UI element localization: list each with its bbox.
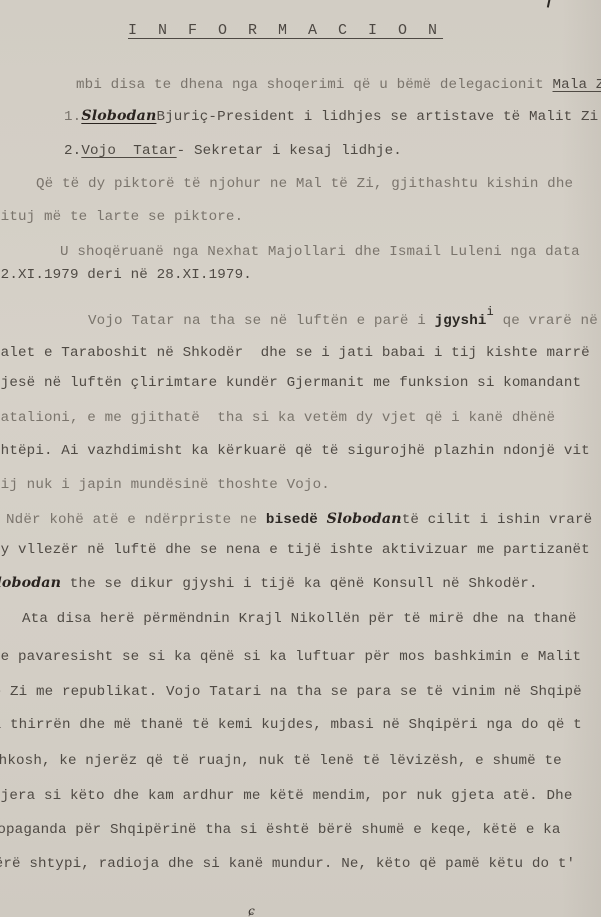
text-line-13: tij nuk i japin mundësinë thoshte Vojo.: [0, 476, 330, 494]
text-line-20: na thirrën dhe më thanë të kemi kujdes, …: [0, 716, 582, 734]
pen-mark-corner: [547, 0, 555, 8]
handwritten-name-slobodan: Slobodan: [0, 575, 61, 591]
line-text-tail: të cilit i ishin vrarë: [402, 512, 593, 528]
document-title: I N F O R M A C I O N: [128, 22, 443, 39]
list-number: 2.: [64, 143, 81, 159]
underlined-text-mala-zez: Mala Zez: [553, 77, 601, 93]
line-text-tail: qe vrarë në: [494, 313, 598, 329]
text-line-9: malet e Taraboshit në Shkodër dhe se i j…: [0, 344, 590, 362]
line-text: - Sekretar i kesaj lidhje.: [177, 143, 402, 159]
text-line-5: tituj më te larte se piktore.: [0, 208, 243, 226]
typewritten-document-page: I N F O R M A C I O N mbi disa te dhena …: [0, 0, 601, 917]
text-line-15: dy vllezër në luftë dhe se nena e tijë i…: [0, 541, 590, 559]
text-line-11: batalioni, e me gjithatë tha si ka vetëm…: [0, 409, 555, 427]
text-line-19: të Zi me republikat. Vojo Tatari na tha …: [0, 683, 582, 701]
text-line-23: propaganda për Shqipërinë tha si është b…: [0, 821, 560, 839]
text-line-21: shkosh, ke njerëz që të ruajn, nuk të le…: [0, 752, 562, 770]
line-text: the se dikur gjyshi i tijë ka qënë Konsu…: [70, 576, 538, 592]
text-line-14: Ndër kohë atë e ndërpriste ne bisedë Slo…: [6, 510, 592, 529]
underlined-name-vojo-tatar: Vojo Tatar: [81, 143, 176, 159]
pen-mark-bottom: ɕ: [248, 904, 255, 917]
text-line-7: 22.XI.1979 deri në 28.XI.1979.: [0, 266, 252, 284]
line-text: Bjuriç-President i lidhjes se artistave …: [156, 109, 601, 125]
overtyped-word: bisedë: [266, 512, 318, 528]
text-line-24: bërë shtypi, radioja dhe si kanë mundur.…: [0, 855, 575, 873]
text-line-17: Ata disa herë përmëndnin Krajl Nikollën …: [22, 610, 577, 628]
text-line-22: tjera si këto dhe kam ardhur me këtë men…: [0, 787, 572, 805]
handwritten-name-slobodan: Slobodan: [81, 108, 156, 124]
list-item-1: 1.SlobodanBjuriç-President i lidhjes se …: [64, 107, 601, 126]
line-text: Vojo Tatar na tha se në luftën e parë i: [88, 313, 435, 329]
list-item-2: 2.Vojo Tatar- Sekretar i kesaj lidhje.: [64, 142, 402, 160]
text-line-10: pjesë në luftën çlirimtare kundër Gjerma…: [0, 374, 581, 392]
text-line-12: shtëpi. Ai vazhdimisht ka kërkuarë që të…: [0, 442, 590, 460]
text-line-18: se pavaresisht se si ka qënë si ka luftu…: [0, 648, 581, 666]
text-line-16: Slobodan the se dikur gjyshi i tijë ka q…: [0, 574, 538, 593]
handwritten-name-slobodan: Slobodan: [327, 511, 402, 527]
superscript-correction: i: [487, 305, 494, 319]
text-line-6: U shoqëruanë nga Nexhat Majollari dhe Is…: [60, 243, 580, 261]
text-line-4: Që të dy piktorë të njohur ne Mal të Zi,…: [36, 175, 573, 193]
overtyped-word: jgyshi: [435, 313, 487, 329]
line-text: Ndër kohë atë e ndërpriste ne: [6, 512, 266, 528]
text-line-1: mbi disa te dhena nga shoqerimi që u bëm…: [76, 76, 601, 94]
list-number: 1.: [64, 109, 81, 125]
text-line-8: Vojo Tatar na tha se në luftën e parë i …: [88, 312, 598, 330]
line-text: mbi disa te dhena nga shoqerimi që u bëm…: [76, 77, 553, 93]
